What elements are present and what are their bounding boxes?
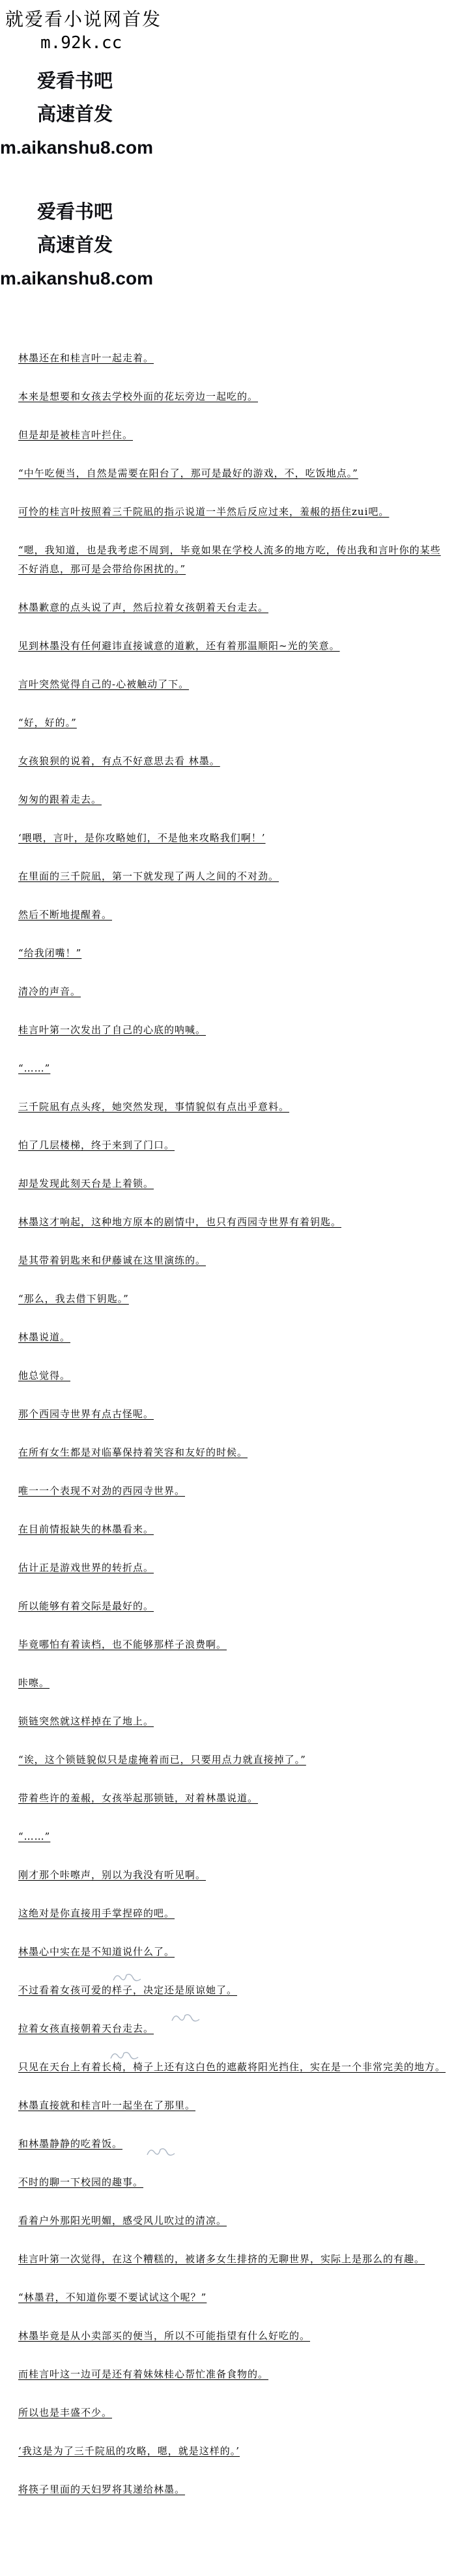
novel-paragraph: 只见在天台上有着长椅，椅子上还有这白色的遮蔽将阳光挡住，实在是一个非常完美的地方…	[0, 2058, 456, 2077]
novel-paragraph: 不过看着女孩可爱的样子，决定还是原谅她了。	[0, 1981, 456, 2000]
novel-paragraph: 毕竟哪怕有着读档，也不能够那样子浪费啊。	[0, 1635, 456, 1654]
novel-paragraph: 他总觉得。	[0, 1366, 456, 1385]
novel-paragraph: 三千院凪有点头疼，她突然发现，事情貌似有点出乎意料。	[0, 1098, 456, 1116]
novel-paragraph: 林墨歉意的点头说了声，然后拉着女孩朝着天台走去。	[0, 598, 456, 617]
novel-paragraph: ‘喂喂，言叶，是你攻略她们，不是他来攻略我们啊！’	[0, 829, 456, 848]
novel-paragraph: 清冷的声音。	[0, 982, 456, 1001]
novel-paragraph: “林墨君，不知道你要不要试试这个呢？”	[0, 2288, 456, 2307]
site-watermark-title: 就爱看小说网首发	[5, 7, 456, 33]
novel-paragraph: 在所有女生都是对临摹保持着笑容和友好的时候。	[0, 1443, 456, 1462]
novel-paragraph: 看着户外那阳光明媚，感受风儿吹过的清凉。	[0, 2211, 456, 2230]
novel-paragraph: 所以也是丰盛不少。	[0, 2403, 456, 2422]
novel-paragraph: “好，好的。”	[0, 713, 456, 732]
novel-paragraph: 是其带着钥匙来和伊藤诚在这里演练的。	[0, 1251, 456, 1270]
novel-paragraph: 刚才那个咔嚓声，别以为我没有听见啊。	[0, 1866, 456, 1885]
novel-paragraph: 桂言叶第一次发出了自己的心底的呐喊。	[0, 1021, 456, 1040]
promo-url: m.aikanshu8.com	[0, 269, 456, 288]
novel-paragraph: 林墨说道。	[0, 1328, 456, 1347]
promo-tagline: 高速首发	[37, 236, 456, 255]
promo-url: m.aikanshu8.com	[0, 138, 456, 158]
promo-site-name: 爱看书吧	[37, 202, 456, 222]
novel-paragraph: “……”	[0, 1059, 456, 1078]
novel-paragraph: 带着些许的羞赧，女孩举起那锁链，对着林墨说道。	[0, 1789, 456, 1808]
novel-paragraph: “那么，我去借下钥匙。”	[0, 1290, 456, 1309]
novel-paragraph: “诶，这个锁链貌似只是虚掩着而已，只要用点力就直接掉了。”	[0, 1751, 456, 1769]
promo-block: 爱看书吧高速首发m.aikanshu8.com	[0, 72, 456, 158]
novel-paragraph: 匆匆的跟着走去。	[0, 790, 456, 809]
novel-paragraph: 然后不断地提醒着。	[0, 906, 456, 924]
novel-paragraph: 将筷子里面的天妇罗将其递给林墨。	[0, 2480, 456, 2499]
novel-paragraph: 和林墨静静的吃着饭。	[0, 2135, 456, 2154]
novel-paragraph: 林墨这才响起，这种地方原本的剧情中，也只有西园寺世界有着钥匙。	[0, 1213, 456, 1232]
novel-paragraph: 而桂言叶这一边可是还有着妹妹桂心帮忙准备食物的。	[0, 2365, 456, 2384]
site-watermark-url: m.92k.cc	[40, 33, 456, 53]
novel-paragraph: 桂言叶第一次觉得，在这个糟糕的，被诸多女生排挤的无聊世界，实际上是那么的有趣。	[0, 2250, 456, 2269]
novel-paragraph: 那个西园寺世界有点古怪呢。	[0, 1405, 456, 1424]
novel-paragraph: 女孩狼狈的说着，有点不好意思去看 林墨。	[0, 752, 456, 771]
novel-paragraph: 锁链突然就这样掉在了地上。	[0, 1712, 456, 1731]
novel-paragraph: 唯一一个表现不对劲的西园寺世界。	[0, 1482, 456, 1501]
novel-paragraph: 言叶突然觉得自己的-心被触动了下。	[0, 675, 456, 694]
promo-block: 爱看书吧高速首发m.aikanshu8.com	[0, 202, 456, 288]
novel-paragraphs: 林墨还在和桂言叶一起走着。本来是想要和女孩去学校外面的花坛旁边一起吃的。但是却是…	[0, 349, 456, 2499]
novel-paragraph: 林墨直接就和桂言叶一起坐在了那里。	[0, 2096, 456, 2115]
novel-paragraph: 但是却是被桂言叶拦住。	[0, 426, 456, 445]
promo-site-name: 爱看书吧	[37, 72, 456, 91]
novel-paragraph: “给我闭嘴！”	[0, 944, 456, 963]
novel-paragraph: 怕了几层楼梯，终于来到了门口。	[0, 1136, 456, 1155]
novel-paragraph: 所以能够有着交际是最好的。	[0, 1597, 456, 1616]
novel-paragraph: 林墨毕竟是从小卖部买的便当，所以不可能指望有什么好吃的。	[0, 2327, 456, 2346]
novel-paragraph: 在里面的三千院凪，第一下就发现了两人之间的不对劲。	[0, 867, 456, 886]
novel-paragraph: 不时的聊一下校园的趣事。	[0, 2173, 456, 2192]
novel-paragraph: “中午吃便当，自然是需要在阳台了，那可是最好的游戏，不，吃饭地点。”	[0, 464, 456, 483]
novel-paragraph: 本来是想要和女孩去学校外面的花坛旁边一起吃的。	[0, 387, 456, 406]
novel-paragraph: “……”	[0, 1827, 456, 1846]
novel-paragraph: 见到林墨没有任何避讳直接诚意的道歉，还有着那温顺阳~光的笑意。	[0, 637, 456, 656]
novel-paragraph: “嗯，我知道，也是我考虑不周到，毕竟如果在学校人流多的地方吃，传出我和言叶你的某…	[0, 541, 456, 579]
novel-paragraph: 林墨还在和桂言叶一起走着。	[0, 349, 456, 368]
novel-paragraph: 拉着女孩直接朝着天台走去。	[0, 2019, 456, 2038]
novel-paragraph: ‘我这是为了三千院凪的攻略，嗯，就是这样的。’	[0, 2442, 456, 2461]
novel-paragraph: 却是发现此刻天台是上着锁。	[0, 1174, 456, 1193]
novel-paragraph: 在目前情报缺失的林墨看来。	[0, 1520, 456, 1539]
novel-paragraph: 咔嚓。	[0, 1674, 456, 1693]
promo-blocks: 爱看书吧高速首发m.aikanshu8.com爱看书吧高速首发m.aikansh…	[0, 72, 456, 288]
novel-paragraph: 林墨心中实在是不知道说什么了。	[0, 1943, 456, 1961]
novel-paragraph: 估计正是游戏世界的转折点。	[0, 1558, 456, 1577]
promo-tagline: 高速首发	[37, 105, 456, 124]
novel-paragraph: 可怜的桂言叶按照着三千院凪的指示说道一半然后反应过来，羞赧的捂住zui吧。	[0, 503, 456, 521]
novel-paragraph: 这绝对是你直接用手掌捏碎的吧。	[0, 1904, 456, 1923]
novel-reader-page: 就爱看小说网首发 m.92k.cc 爱看书吧高速首发m.aikanshu8.co…	[0, 0, 456, 2576]
